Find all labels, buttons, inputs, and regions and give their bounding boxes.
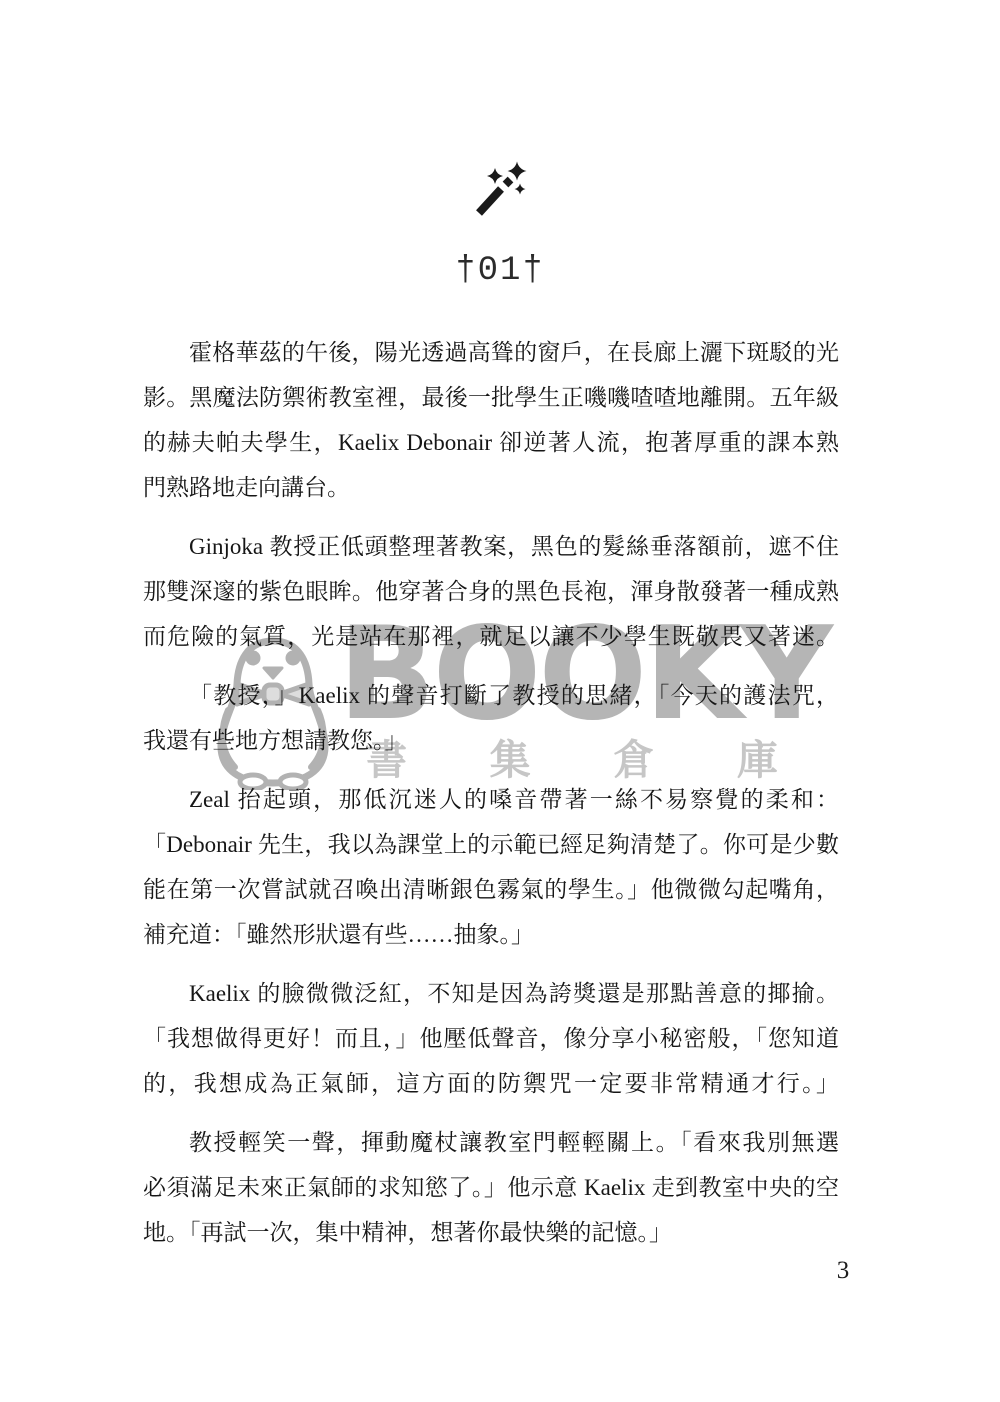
text-line: 而危險的氣質，光是站在那裡，就足以讓不少學生既敬畏又著迷。 bbox=[143, 614, 839, 659]
paragraph: Ginjoka 教授正低頭整理著教案，黑色的髮絲垂落額前，遮不住那雙深邃的紫色眼… bbox=[143, 524, 839, 659]
text-line: 「Debonair 先生，我以為課堂上的示範已經足夠清楚了。你可是少數 bbox=[143, 822, 839, 867]
paragraph: 教授輕笑一聲，揮動魔杖讓教室門輕輕關上。「看來我別無選擇，必須滿足未來正氣師的求… bbox=[143, 1120, 839, 1255]
text-line: 地。「再試一次，集中精神，想著你最快樂的記憶。」 bbox=[143, 1210, 839, 1255]
text-line: 能在第一次嘗試就召喚出清晰銀色霧氣的學生。」他微微勾起嘴角， bbox=[143, 867, 839, 912]
text-line: 教授輕笑一聲，揮動魔杖讓教室門輕輕關上。「看來我別無選擇， bbox=[143, 1120, 839, 1165]
magic-wand-icon-svg bbox=[465, 155, 555, 230]
text-line: 我還有些地方想請教您。」 bbox=[143, 718, 839, 763]
chapter-heading: †01† bbox=[0, 251, 1000, 291]
body-text: 霍格華茲的午後，陽光透過高聳的窗戶，在長廊上灑下斑駁的光影。黑魔法防禦術教室裡，… bbox=[143, 330, 839, 1269]
text-line: 影。黑魔法防禦術教室裡，最後一批學生正嘰嘰喳喳地離開。五年級 bbox=[143, 375, 839, 420]
magic-wand-icon bbox=[465, 155, 555, 230]
page-number: 3 bbox=[828, 1253, 858, 1288]
text-line: 霍格華茲的午後，陽光透過高聳的窗戶，在長廊上灑下斑駁的光 bbox=[143, 330, 839, 375]
text-line: 「我想做得更好！而且，」他壓低聲音，像分享小秘密般，「您知道 bbox=[143, 1016, 839, 1061]
text-line: Kaelix 的臉微微泛紅，不知是因為誇獎還是那點善意的揶揄。 bbox=[143, 971, 839, 1016]
text-line: Zeal 抬起頭，那低沉迷人的嗓音帶著一絲不易察覺的柔和： bbox=[143, 777, 839, 822]
paragraph: 「教授，」Kaelix 的聲音打斷了教授的思緒，「今天的護法咒，我還有些地方想請… bbox=[143, 673, 839, 763]
paragraph: Kaelix 的臉微微泛紅，不知是因為誇獎還是那點善意的揶揄。「我想做得更好！而… bbox=[143, 971, 839, 1106]
text-line: 必須滿足未來正氣師的求知慾了。」他示意 Kaelix 走到教室中央的空 bbox=[143, 1165, 839, 1210]
text-line: Ginjoka 教授正低頭整理著教案，黑色的髮絲垂落額前，遮不住 bbox=[143, 524, 839, 569]
text-line: 門熟路地走向講台。 bbox=[143, 465, 839, 510]
text-line: 的赫夫帕夫學生，Kaelix Debonair 卻逆著人流，抱著厚重的課本熟 bbox=[143, 420, 839, 465]
text-line: 的，我想成為正氣師，這方面的防禦咒一定要非常精通才行。」 bbox=[143, 1061, 839, 1106]
text-line: 補充道：「雖然形狀還有些……抽象。」 bbox=[143, 912, 839, 957]
text-line: 那雙深邃的紫色眼眸。他穿著合身的黑色長袍，渾身散發著一種成熟 bbox=[143, 569, 839, 614]
book-page: †01† BOOKY 書集倉庫 霍格華茲的午後，陽光透過高聳的窗戶，在長廊上灑下… bbox=[0, 0, 1000, 1402]
text-line: 「教授，」Kaelix 的聲音打斷了教授的思緒，「今天的護法咒， bbox=[143, 673, 839, 718]
paragraph: 霍格華茲的午後，陽光透過高聳的窗戶，在長廊上灑下斑駁的光影。黑魔法防禦術教室裡，… bbox=[143, 330, 839, 510]
paragraph: Zeal 抬起頭，那低沉迷人的嗓音帶著一絲不易察覺的柔和：「Debonair 先… bbox=[143, 777, 839, 957]
